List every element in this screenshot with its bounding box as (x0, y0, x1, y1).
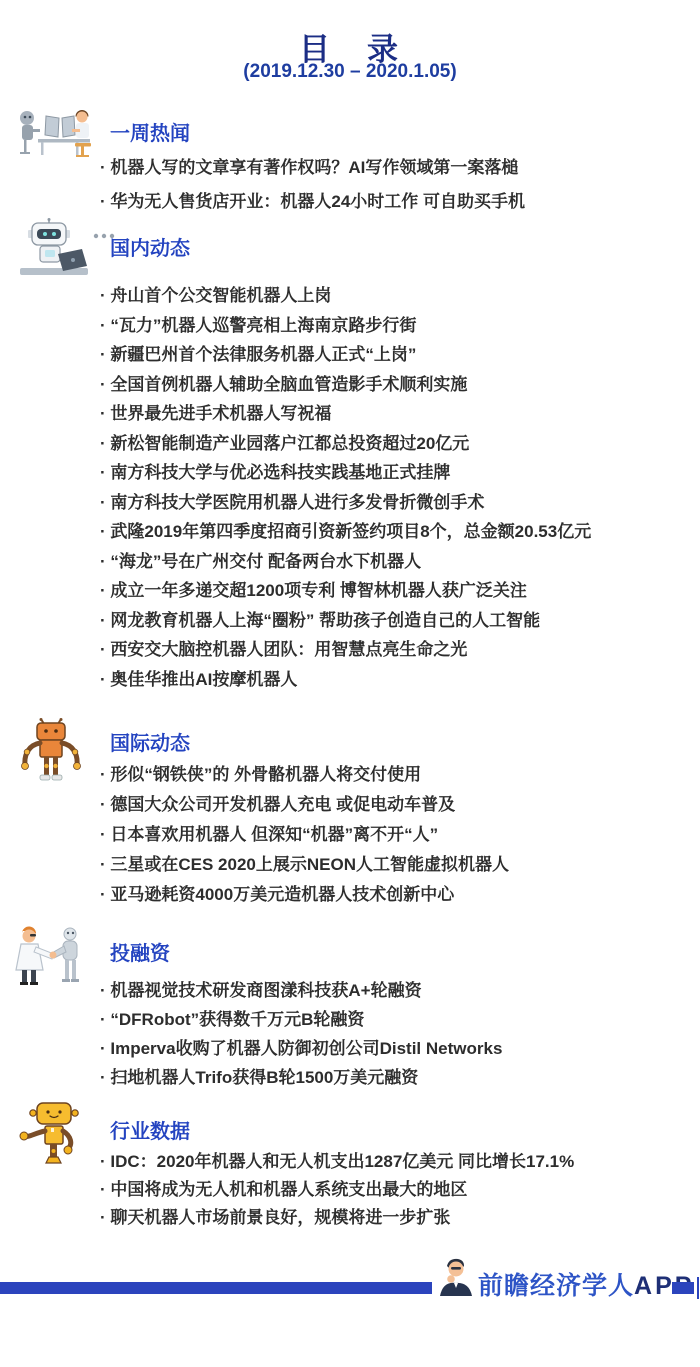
section-title-weekly-hot: 一周热闻 (110, 117, 190, 146)
toc-item[interactable]: · 西安交大脑控机器人团队：用智慧点亮生命之光 (100, 635, 591, 665)
robot-with-laptop-icon (18, 218, 118, 283)
toc-item[interactable]: · 亚马逊耗资4000万美元造机器人技术创新中心 (100, 880, 509, 910)
toc-item[interactable]: · 三星或在CES 2020上展示NEON人工智能虚拟机器人 (100, 850, 509, 880)
toc-list-domestic: · 舟山首个公交智能机器人上岗 · “瓦力”机器人巡警亮相上海南京路步行街 · … (100, 281, 591, 694)
toc-item[interactable]: · 新疆巴州首个法律服务机器人正式“上岗” (100, 340, 591, 370)
toc-item[interactable]: · “瓦力”机器人巡警亮相上海南京路步行街 (100, 311, 591, 341)
toc-item[interactable]: · 南方科技大学与优必选科技实践基地正式挂牌 (100, 458, 591, 488)
toc-item[interactable]: · 南方科技大学医院用机器人进行多发骨折微创手术 (100, 488, 591, 518)
toc-list-investment: · 机器视觉技术研发商图漾科技获A+轮融资 · “DFRobot”获得数千万元B… (100, 976, 502, 1092)
section-title-investment: 投融资 (110, 937, 170, 966)
toc-item[interactable]: · 成立一年多递交超1200项专利 博智林机器人获广泛关注 (100, 576, 591, 606)
footer-bar-right (672, 1282, 694, 1294)
footer-bar-sliver (697, 1277, 699, 1299)
toc-item[interactable]: · 新松智能制造产业园落户江都总投资超过20亿元 (100, 429, 591, 459)
toc-item[interactable]: · “DFRobot”获得数千万元B轮融资 (100, 1005, 502, 1034)
date-range: (2019.12.30 – 2020.1.05) (0, 61, 700, 83)
toc-item[interactable]: · 聊天机器人市场前景良好，规模将进一步扩张 (100, 1204, 574, 1232)
toc-item[interactable]: · 奥佳华推出AI按摩机器人 (100, 665, 591, 695)
footer-bar-left (0, 1282, 432, 1294)
toc-item[interactable]: · “海龙”号在广州交付 配备两台水下机器人 (100, 547, 591, 577)
toc-item[interactable]: · 网龙教育机器人上海“圈粉” 帮助孩子创造自己的人工智能 (100, 606, 591, 636)
toc-list-industry-data: · IDC：2020年机器人和无人机支出1287亿美元 同比增长17.1% · … (100, 1148, 574, 1232)
toc-item[interactable]: · 世界最先进手术机器人写祝福 (100, 399, 591, 429)
robot-and-person-at-desk-icon (14, 103, 102, 170)
yellow-robot-waving-icon (16, 1098, 92, 1177)
toc-item[interactable]: · 德国大众公司开发机器人充电 或促电动车普及 (100, 790, 509, 820)
toc-item[interactable]: · 形似“钢铁侠”的 外骨骼机器人将交付使用 (100, 760, 509, 790)
section-title-industry-data: 行业数据 (110, 1115, 190, 1144)
toc-item[interactable]: · 武隆2019年第四季度招商引资新签约项目8个，总金额20.53亿元 (100, 517, 591, 547)
toc-item[interactable]: · 华为无人售货店开业：机器人24小时工作 可自助买手机 (100, 185, 525, 219)
toc-item[interactable]: · 机器人写的文章享有著作权吗？AI写作领域第一案落槌 (100, 151, 525, 185)
brand-logo-text: 前瞻经济学人APP (478, 1266, 694, 1302)
toc-item[interactable]: · IDC：2020年机器人和无人机支出1287亿美元 同比增长17.1% (100, 1148, 574, 1176)
brand-name: 前瞻经济学人 (478, 1272, 634, 1300)
orange-robot-icon (18, 718, 84, 791)
toc-list-international: · 形似“钢铁侠”的 外骨骼机器人将交付使用 · 德国大众公司开发机器人充电 或… (100, 760, 509, 910)
toc-page: 目 录 (2019.12.30 – 2020.1.05) 一周热闻 · 机器人写… (0, 0, 700, 1367)
section-title-domestic: 国内动态 (110, 232, 190, 261)
toc-item[interactable]: · 中国将成为无人机和机器人系统支出最大的地区 (100, 1176, 574, 1204)
toc-item[interactable]: · 舟山首个公交智能机器人上岗 (100, 281, 591, 311)
toc-list-weekly-hot: · 机器人写的文章享有著作权吗？AI写作领域第一案落槌 · 华为无人售货店开业：… (100, 151, 525, 219)
human-robot-handshake-icon (12, 924, 98, 995)
section-title-international: 国际动态 (110, 727, 190, 756)
thinking-man-icon (438, 1256, 474, 1301)
toc-item[interactable]: · Imperva收购了机器人防御初创公司Distil Networks (100, 1034, 502, 1063)
toc-item[interactable]: · 日本喜欢用机器人 但深知“机器”离不开“人” (100, 820, 509, 850)
toc-item[interactable]: · 机器视觉技术研发商图漾科技获A+轮融资 (100, 976, 502, 1005)
toc-item[interactable]: · 扫地机器人Trifo获得B轮1500万美元融资 (100, 1063, 502, 1092)
toc-item[interactable]: · 全国首例机器人辅助全脑血管造影手术顺利实施 (100, 370, 591, 400)
